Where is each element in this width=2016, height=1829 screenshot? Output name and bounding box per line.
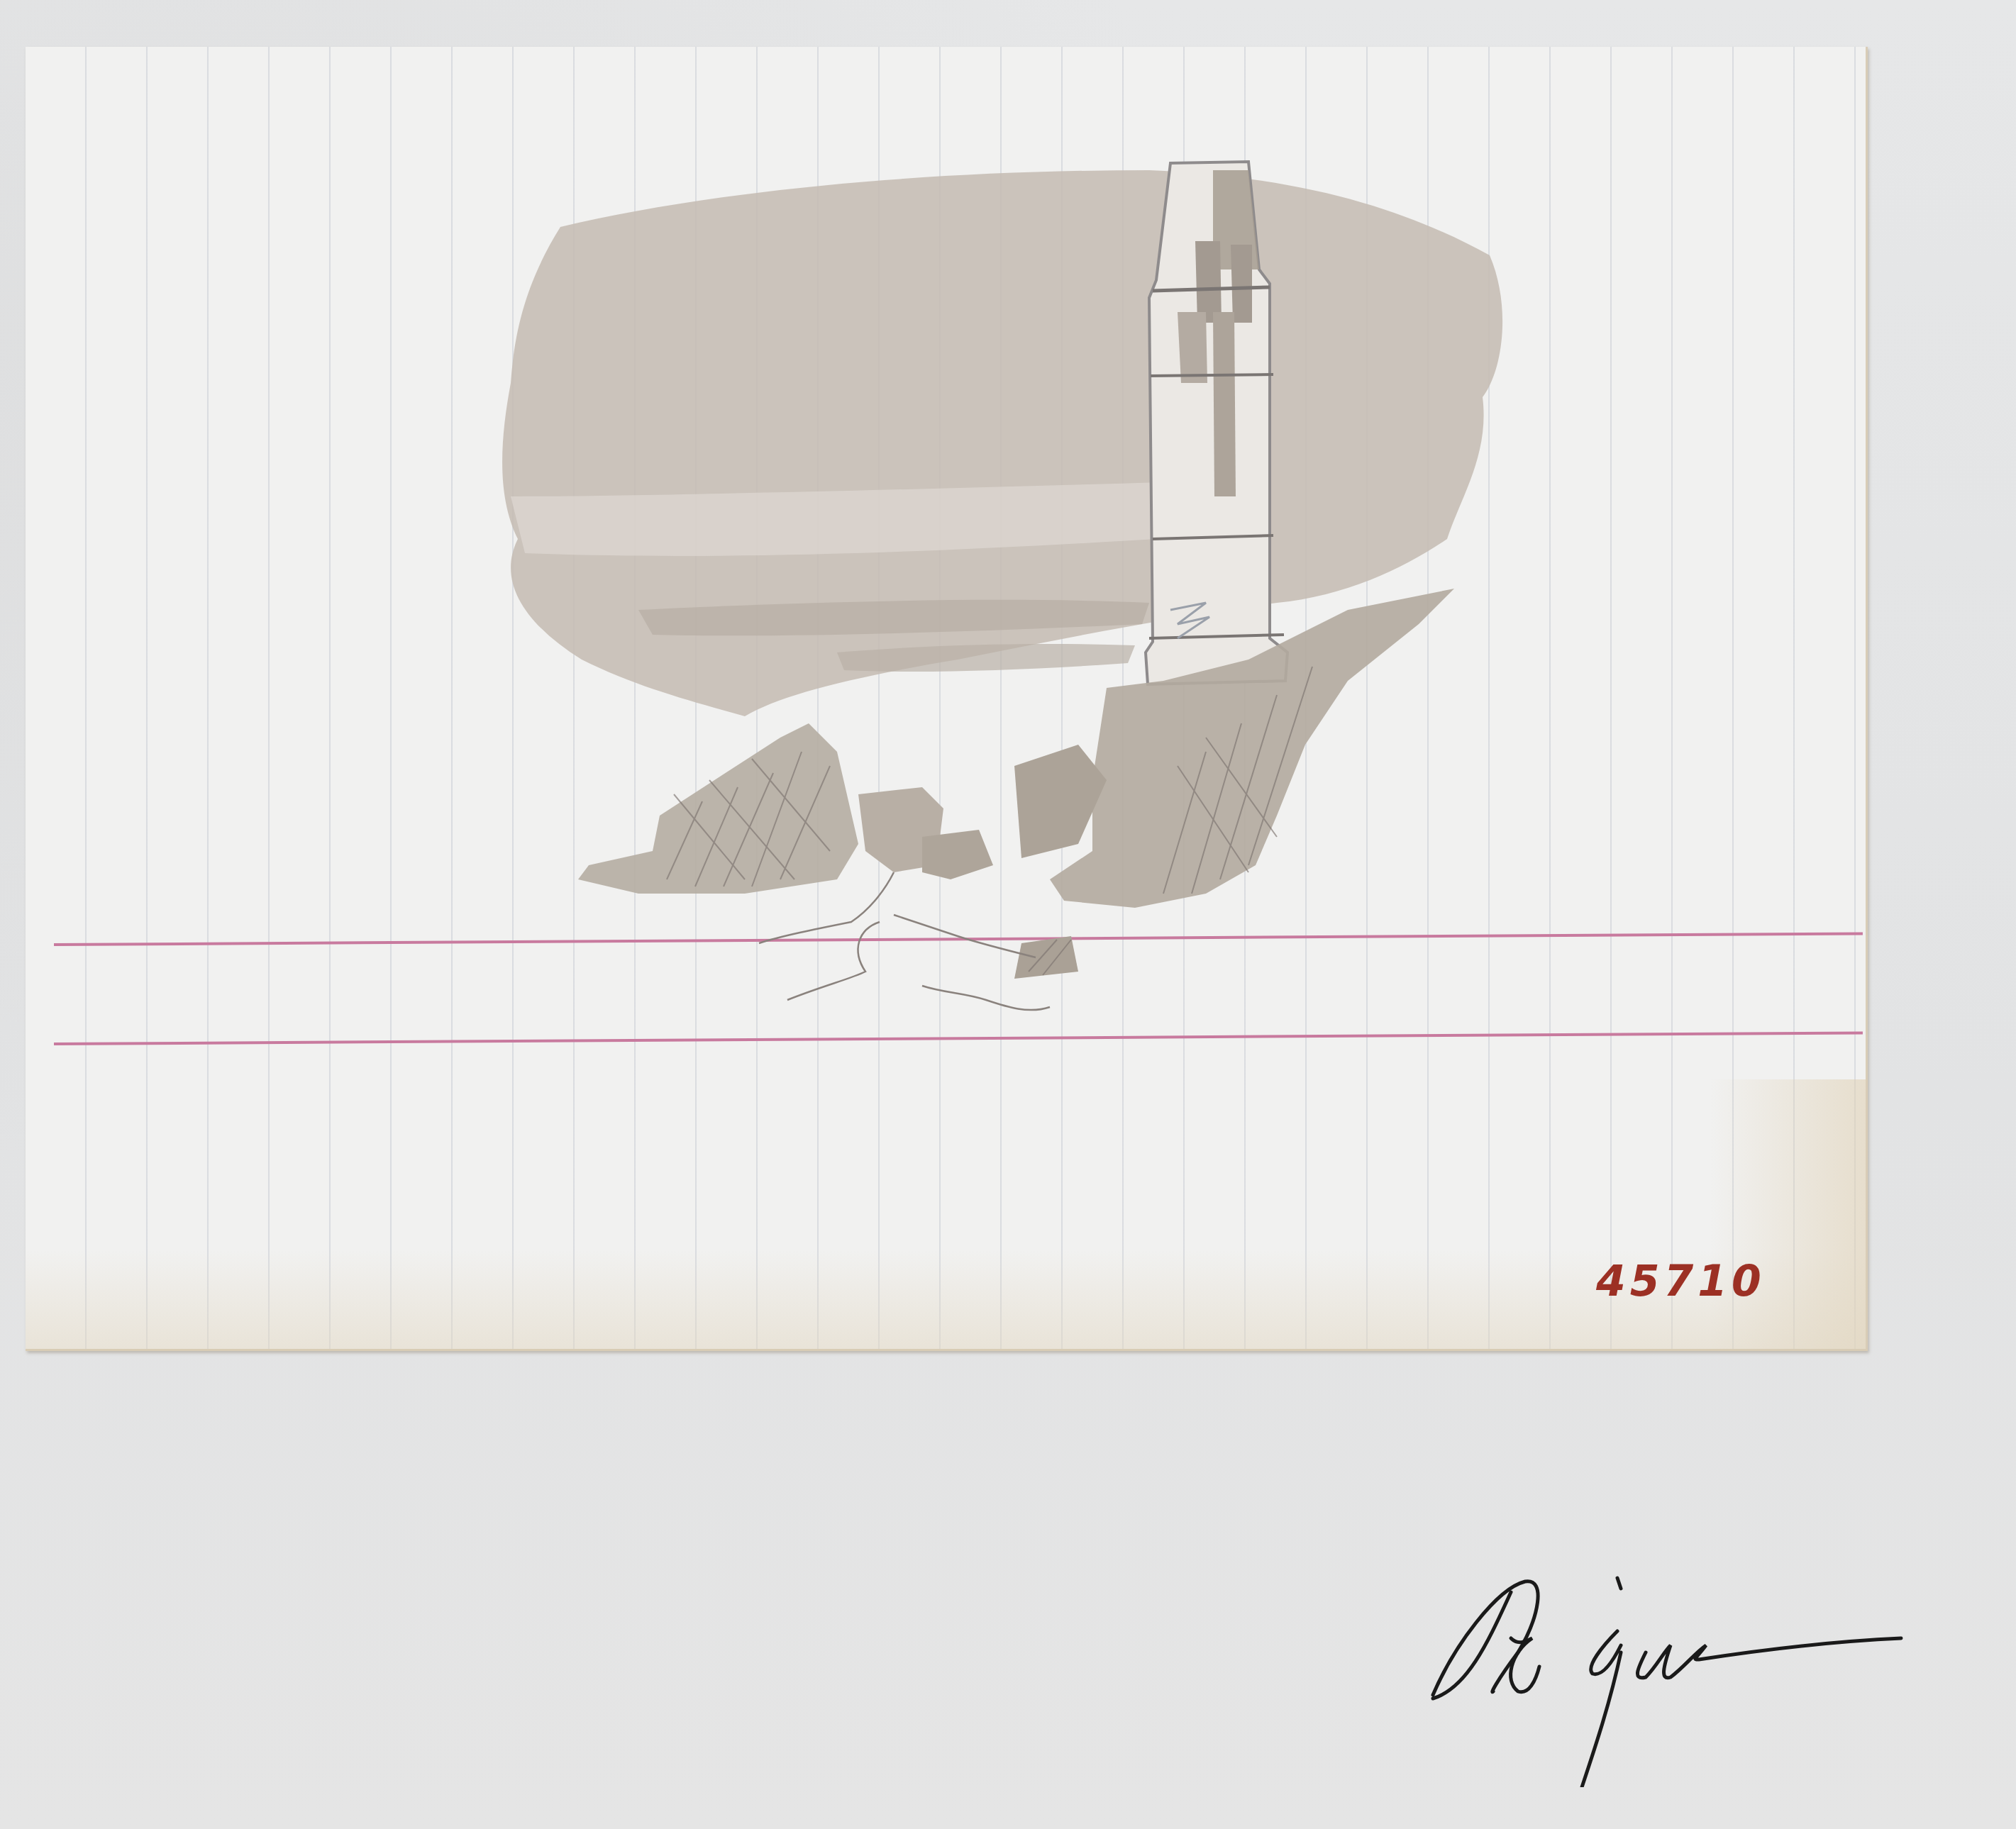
signature-text: Régnier	[1461, 1752, 1464, 1752]
lighthouse-drawing	[0, 0, 2016, 1829]
artist-signature	[1412, 1560, 1922, 1787]
inventory-number: 45710	[1596, 1257, 1766, 1306]
